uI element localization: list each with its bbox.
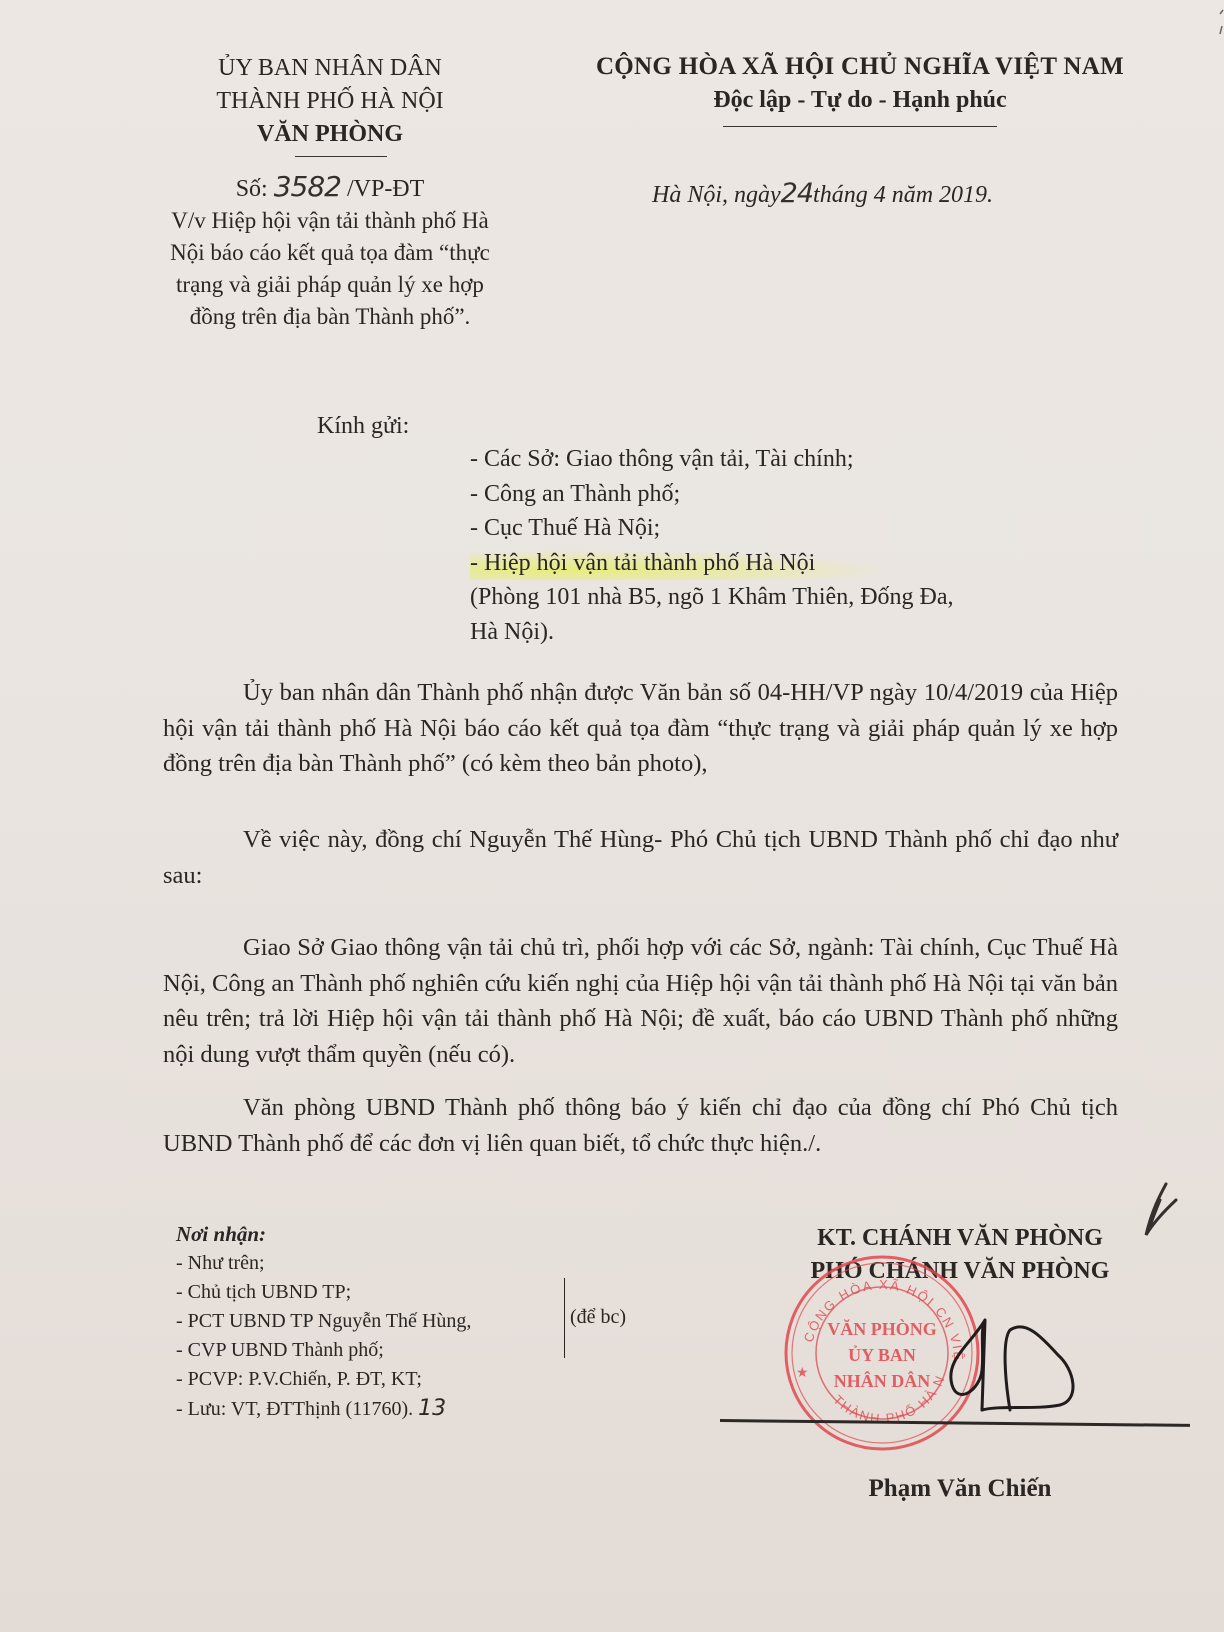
distribution-item: - Như trên;: [176, 1249, 471, 1278]
checkmark-icon: [1140, 1180, 1180, 1240]
issuing-authority: ỦY BAN NHÂN DÂN THÀNH PHỐ HÀ NỘI VĂN PHÒ…: [170, 52, 490, 151]
svg-text:★: ★: [796, 1366, 809, 1381]
document-number-suffix: /VP-ĐT: [347, 176, 424, 202]
document-page: ỦY BAN NHÂN DÂN THÀNH PHỐ HÀ NỘI VĂN PHÒ…: [0, 0, 1224, 1632]
distribution-item: - Chủ tịch UBND TP;: [176, 1278, 471, 1307]
body-paragraph: Giao Sở Giao thông vận tải chủ trì, phối…: [163, 930, 1118, 1072]
distribution-item: - CVP UBND Thành phố;: [176, 1336, 471, 1365]
recipient-item: - Công an Thành phố;: [470, 477, 954, 512]
authority-underline: [295, 156, 387, 157]
document-date: Hà Nội, ngày24tháng 4 năm 2019.: [652, 178, 993, 209]
national-motto: Độc lập - Tự do - Hạnh phúc: [560, 84, 1160, 116]
recipient-item: - Cục Thuế Hà Nội;: [470, 511, 954, 546]
signature-title-line-1: KT. CHÁNH VĂN PHÒNG: [770, 1222, 1150, 1255]
recipient-address: Hà Nội).: [470, 615, 954, 650]
body-paragraph: Ủy ban nhân dân Thành phố nhận được Văn …: [163, 675, 1118, 782]
body-paragraph: Văn phòng UBND Thành phố thông báo ý kiế…: [163, 1090, 1118, 1161]
distribution-item: - Lưu: VT, ĐTThịnh (11760). 13: [176, 1394, 471, 1424]
svg-text:NHÂN DÂN: NHÂN DÂN: [834, 1370, 931, 1391]
document-number-prefix: Số:: [236, 176, 268, 202]
signer-name: Phạm Văn Chiến: [820, 1475, 1100, 1503]
svg-text:VĂN PHÒNG: VĂN PHÒNG: [827, 1318, 937, 1339]
recipients-label: Kính gửi:: [317, 413, 409, 440]
nation-name: CỘNG HÒA XÃ HỘI CHỦ NGHĨA VIỆT NAM: [560, 50, 1160, 84]
date-suffix: tháng 4 năm 2019.: [813, 182, 993, 208]
bracket-note: (để bc): [570, 1303, 626, 1332]
recipients-list: - Các Sở: Giao thông vận tải, Tài chính;…: [470, 442, 954, 649]
distribution-item: - PCVP: P.V.Chiến, P. ĐT, KT;: [176, 1365, 471, 1394]
document-subject: V/v Hiệp hội vận tải thành phố Hà Nội bá…: [170, 205, 490, 333]
bracket-line: [564, 1278, 565, 1358]
national-header: CỘNG HÒA XÃ HỘI CHỦ NGHĨA VIỆT NAM Độc l…: [560, 50, 1160, 127]
authority-line-2: THÀNH PHỐ HÀ NỘI: [170, 85, 490, 118]
distribution-item: - PCT UBND TP Nguyễn Thế Hùng,: [176, 1307, 471, 1336]
recipient-item-highlighted: - Hiệp hội vận tải thành phố Hà Nội: [470, 546, 954, 581]
body-paragraph: Về việc này, đồng chí Nguyễn Thế Hùng- P…: [163, 822, 1118, 893]
edge-mark-icon: [1218, 8, 1224, 38]
recipient-item: - Các Sở: Giao thông vận tải, Tài chính;: [470, 442, 954, 477]
handwritten-signature-icon: [940, 1310, 1080, 1420]
authority-line-1: ỦY BAN NHÂN DÂN: [170, 52, 490, 85]
authority-office: VĂN PHÒNG: [170, 118, 490, 151]
distribution-title: Nơi nhận:: [176, 1220, 471, 1249]
motto-underline: [723, 126, 997, 127]
handwritten-number: 3582: [274, 170, 341, 203]
distribution-list: Nơi nhận: - Như trên; - Chủ tịch UBND TP…: [176, 1220, 471, 1424]
recipient-address: (Phòng 101 nhà B5, ngõ 1 Khâm Thiên, Đốn…: [470, 580, 954, 615]
document-number: Số: 3582 /VP-ĐT: [170, 170, 490, 203]
date-prefix: Hà Nội, ngày: [652, 182, 781, 208]
handwritten-day: 24: [781, 178, 813, 209]
handwritten-copies: 13: [418, 1396, 446, 1421]
svg-text:ỦY BAN: ỦY BAN: [848, 1344, 916, 1365]
